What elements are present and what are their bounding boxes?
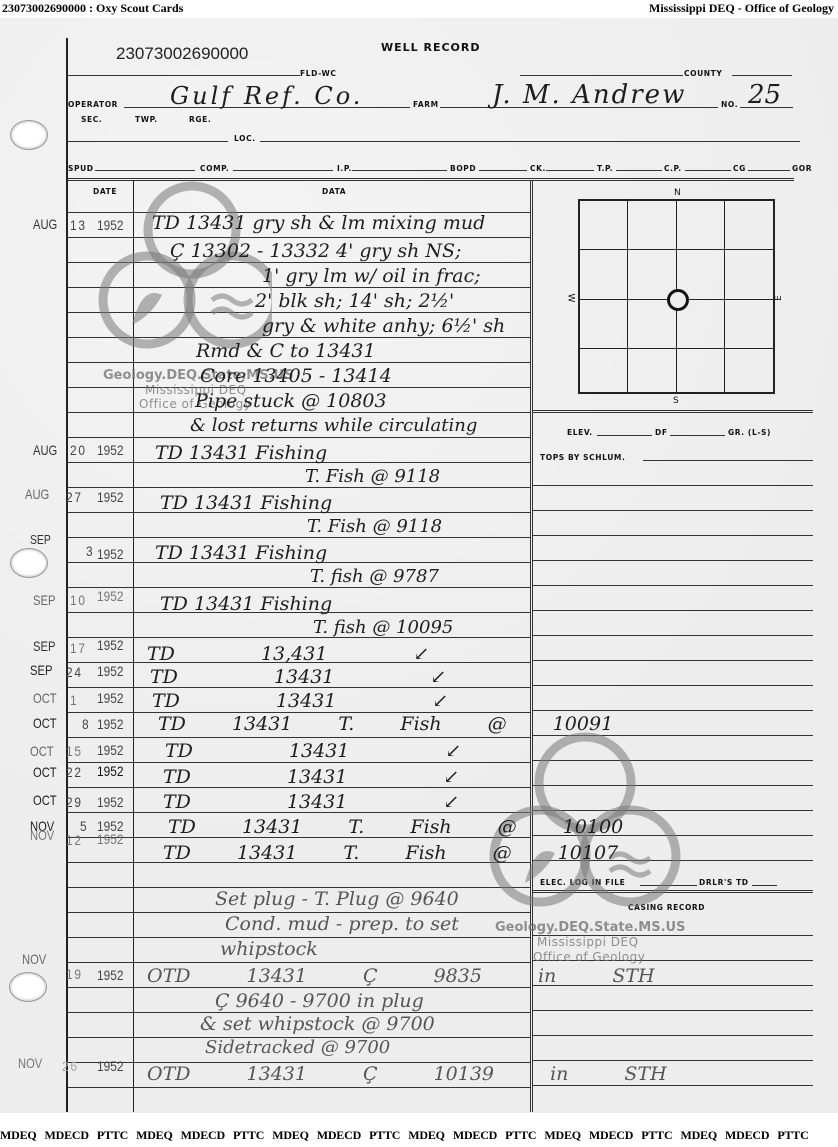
entry-line: TD 13431 ↙ [163,791,459,813]
entry-line: TD 13431 ↙ [163,766,459,788]
punch-hole-icon [10,548,48,578]
entry-line: Cond. mud - prep. to set [225,913,459,935]
entry-line: Set plug - T. Plug @ 9640 [215,888,459,910]
entry-line: TD 13431 T. Fish @ 10091 [158,713,613,735]
entry-day: 10 [70,592,87,608]
right-rule [533,485,813,486]
entry-line: TD 13431 Fishing [155,542,327,564]
operator-label: OPERATOR [68,100,118,109]
county-line-left [520,75,683,76]
entry-line: OTD 13431 Ç 9835 in STH [147,965,655,987]
footer-token: MDECD [181,1128,225,1142]
plat-grid-line [580,348,773,349]
bopd-label: BOPD [450,164,476,173]
entry-line: TD 13431 ↙ [152,690,448,712]
entry-line: TD 13431 Fishing [160,492,332,514]
comp-label: COMP. [200,164,229,173]
right-rule [533,1010,813,1011]
ck-line [546,170,594,171]
entry-line: whipstock [220,938,318,960]
watermark-url: Geology.DEQ.State.MS.US [495,920,685,935]
data-column-header: DATA [322,187,346,196]
entry-day: 8 [82,716,90,732]
entry-line: & set whipstock @ 9700 [200,1013,435,1035]
entry-line: TD 13431 ↙ [165,740,461,762]
footer-token: PTTC [777,1128,808,1142]
plat-separator [533,410,813,413]
viewer-title: 23073002690000 : Oxy Scout Cards [2,1,183,16]
right-rule [533,1035,813,1036]
plat-east-label: E [774,295,784,301]
entry-month: OCT [33,690,57,706]
entry-year: 1952 [97,690,123,706]
entry-day: 17 [70,640,87,656]
entry-line: TD 13431 T. Fish @ 10107 [163,842,618,864]
fld-wc-label: FLD-WC [300,69,336,78]
footer-token: MDECD [453,1128,497,1142]
entry-month: OCT [30,743,54,759]
entry-year: 1952 [97,967,123,983]
section-plat [578,199,775,394]
entry-line: Core 13405 - 13414 [200,365,392,387]
ip-line [352,170,447,171]
entry-day: 3 [86,543,94,559]
entry-month: SEP [30,662,52,678]
fld-wc-line [68,75,300,76]
entry-year: 1952 [97,588,123,604]
county-line-right [732,75,792,76]
entry-line: OTD 13431 Ç 10139 in STH [147,1063,667,1085]
entry-month: NOV [18,1055,42,1071]
entry-day: 29 [66,794,83,810]
right-rule [533,535,813,536]
entry-year: 1952 [97,489,123,505]
entry-day: 13 [70,217,87,233]
right-rule [533,710,813,711]
entry-year: 1952 [97,442,123,458]
row-rule [68,537,530,538]
row-rule [68,637,530,638]
watermark-agency: Mississippi DEQ [537,935,639,949]
footer-token: PTTC [369,1128,400,1142]
twp-label: TWP. [135,115,158,124]
frame-left-border [66,38,68,1112]
footer-token: PTTC [97,1128,128,1142]
entry-line: 2' blk sh; 14' sh; 2½' [255,290,454,312]
entry-month: SEP [33,638,55,654]
entry-line: TD 13,431 ↙ [147,643,429,665]
entry-line: T. Fish @ 9118 [307,516,442,537]
row-rule [68,387,530,388]
df-label: DF [655,428,668,437]
entry-year: 1952 [97,831,123,847]
entry-day: 20 [70,442,87,458]
footer-token: MDEQ [0,1128,37,1142]
gr-label: GR. (L-S) [728,428,771,437]
right-rule [533,585,813,586]
entry-day: 26 [62,1058,79,1074]
viewer-header: 23073002690000 : Oxy Scout Cards Mississ… [0,0,838,18]
entry-day: 1 [70,692,78,708]
row-rule [68,987,530,988]
loc-line-right [260,141,800,142]
loc-label: LOC. [234,134,256,143]
cg-label: CG [733,164,746,173]
entry-year: 1952 [97,742,123,758]
cp-label: C.P. [664,164,682,173]
tp-line [616,170,662,171]
footer-token: PTTC [233,1128,264,1142]
entry-line: Rmd & C to 13431 [196,340,376,362]
entry-month: NOV [22,951,46,967]
entry-month: NOV [30,827,54,843]
row-rule [68,437,530,438]
spud-label: SPUD [68,164,94,173]
entry-line: Ç 13302 - 13332 4' gry sh NS; [170,240,461,262]
entry-year: 1952 [97,217,123,233]
drlr-td-label: DRLR'S TD [699,878,749,887]
row-rule [68,1087,530,1088]
entry-line: 1' gry lm w/ oil in frac; [262,265,481,287]
entry-line: TD 13431 ↙ [150,666,446,688]
right-rule [533,560,813,561]
entry-line: TD 13431 Fishing [155,442,327,464]
plat-south-label: S [673,396,679,406]
plat-west-label: W [565,294,575,303]
plat-grid-line [627,201,628,392]
entry-day: 24 [66,664,83,680]
entry-year: 1952 [97,794,123,810]
cp-line [685,170,731,171]
entry-year: 1952 [97,546,123,562]
plat-grid-line [724,201,725,392]
entry-line: Ç 9640 - 9700 in plug [215,990,424,1012]
right-rule [533,610,813,611]
tops-line [643,460,813,461]
entry-line: & lost returns while circulating [190,415,477,436]
entry-line: T. fish @ 10095 [313,617,453,638]
footer-token: MDEQ [272,1128,309,1142]
document-id: 23073002690000 [116,44,248,64]
right-rule [533,1085,813,1086]
watermark-office: Office of Geology [533,950,645,964]
entry-day: 12 [66,832,83,848]
entry-year: 1952 [97,716,123,732]
row-rule [68,487,530,488]
entry-year: 1952 [97,663,123,679]
entry-month: AUG [33,442,57,458]
elev-label: ELEV. [567,428,593,437]
entry-year: 1952 [97,637,123,653]
footer-watermark: MDEQMDECDPTTCMDEQMDECDPTTCMDEQMDECDPTTCM… [0,1128,838,1147]
plat-north-label: N [674,188,681,198]
operator-value: Gulf Ref. Co. [170,82,363,110]
form-title: WELL RECORD [381,41,481,54]
punch-hole-icon [9,972,47,1002]
footer-token: MDECD [317,1128,361,1142]
comp-line [233,170,333,171]
well-no-label: NO. [721,100,738,109]
viewer-agency: Mississippi DEQ - Office of Geology [649,1,834,16]
spud-line [95,170,195,171]
entry-line: T. fish @ 9787 [310,566,439,587]
bopd-line [479,170,527,171]
right-rule [533,660,813,661]
ip-label: I.P. [337,164,352,173]
well-no-value: 25 [748,80,781,110]
footer-token: MDECD [589,1128,633,1142]
farm-value: J. M. Andrew [492,80,686,110]
entry-line: T. Fish @ 9118 [305,466,440,487]
row-rule [68,962,530,963]
row-rule [68,737,530,738]
footer-token: PTTC [641,1128,672,1142]
entry-month: AUG [25,486,49,502]
entry-line: Pipe stuck @ 10803 [195,390,387,412]
footer-token: MDECD [45,1128,89,1142]
df-line [670,435,725,436]
loc-line-left [68,141,228,142]
tp-label: T.P. [597,164,613,173]
rge-label: RGE. [189,115,211,124]
footer-token: MDEQ [680,1128,717,1142]
row-rule [68,587,530,588]
entry-month: AUG [33,216,57,232]
farm-label: FARM [413,100,439,109]
sec-label: SEC. [81,115,102,124]
entry-year: 1952 [97,1058,123,1074]
entry-month: SEP [33,592,55,608]
entry-year: 1952 [97,763,123,779]
gor-label: GOR [792,164,812,173]
footer-token: PTTC [505,1128,536,1142]
entry-month: OCT [33,792,57,808]
right-rule [533,685,813,686]
footer-token: MDEQ [408,1128,445,1142]
right-rule [533,510,813,511]
ck-label: CK. [530,164,546,173]
cg-line [748,170,790,171]
row-rule [68,762,530,763]
entry-month: OCT [33,764,57,780]
row-rule [68,412,530,413]
right-rule [533,635,813,636]
entry-month: OCT [33,715,57,731]
well-location-icon [667,289,689,311]
entry-month: SEP [30,532,51,547]
plat-grid-line [580,249,773,250]
entry-day: 15 [66,743,83,759]
footer-token: MDEQ [544,1128,581,1142]
entry-day: 27 [66,489,83,505]
elev-line [597,435,652,436]
right-rule [533,1060,813,1061]
tops-by-schlum-label: TOPS BY SCHLUM. [540,453,625,462]
entry-day: 19 [66,966,83,982]
entry-day: 22 [66,764,83,780]
footer-token: MDECD [725,1128,769,1142]
punch-hole-icon [10,120,48,150]
entry-line: TD 13431 Fishing [160,593,332,615]
entry-line: Sidetracked @ 9700 [205,1037,390,1058]
drlr-td-line [752,885,777,886]
footer-token: MDEQ [136,1128,173,1142]
entry-line: gry & white anhy; 6½' sh [262,315,505,337]
entry-line: TD 13431 T. Fish @ 10100 [168,816,623,838]
entry-line: TD 13431 gry sh & lm mixing mud [152,212,485,234]
county-label: COUNTY [684,69,722,78]
